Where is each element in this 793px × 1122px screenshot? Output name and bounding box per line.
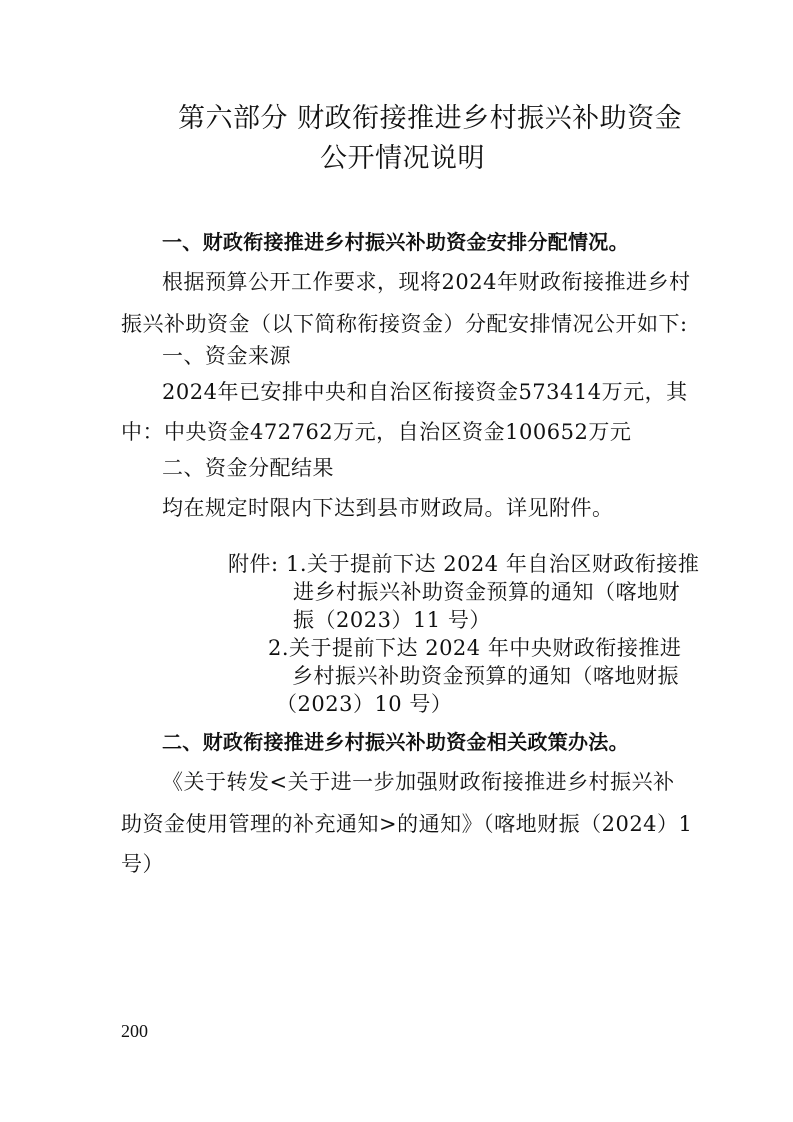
policy-text-2: 助资金使用管理的补充通知>的通知》（喀地财振（2024）1 (121, 810, 673, 838)
attachments-label: 附件: (228, 550, 279, 578)
allocation-result-heading: 二、资金分配结果 (162, 454, 334, 482)
policy-line-1: 《关于转发<关于进一步加强财政衔接推进乡村振兴补 (162, 768, 673, 796)
page-title-line-2: 公开情况说明 (320, 141, 485, 177)
intro-paragraph-text-1: 根据预算公开工作要求，现将2024年财政衔接推进乡村 (162, 268, 673, 296)
attachment-2-text-1: 2.关于提前下达 2024 年中央财政衔接推进 (268, 634, 661, 662)
attachment-2-line-3: （2023）10 号） (276, 690, 452, 718)
attachment-1-line-2: 进乡村振兴补助资金预算的通知（喀地财 (293, 578, 673, 606)
allocation-result-text: 均在规定时限内下达到县市财政局。详见附件。 (162, 494, 614, 522)
section-1-heading: 一、财政衔接推进乡村振兴补助资金安排分配情况。 (162, 228, 629, 256)
funding-source-line-1: 2024年已安排中央和自治区衔接资金573414万元，其 (162, 378, 673, 406)
funding-source-line-2: 中：中央资金472762万元，自治区资金100652万元 (121, 418, 631, 446)
attachment-1-text-2: 进乡村振兴补助资金预算的通知（喀地财 (293, 578, 673, 606)
intro-paragraph-line-2: 振兴补助资金（以下简称衔接资金）分配安排情况公开如下: (121, 310, 673, 338)
attachment-1-line-1: 1.关于提前下达 2024 年自治区财政衔接推 (286, 550, 673, 578)
attachment-2-line-2: 乡村振兴补助资金预算的通知（喀地财振 (292, 662, 673, 690)
attachment-1-line-3: 振（2023）11 号） (293, 606, 491, 634)
page-title-line-1: 第六部分 财政衔接推进乡村振兴补助资金 (178, 101, 682, 137)
page-number: 200 (121, 1020, 148, 1042)
section-2-heading: 二、财政衔接推进乡村振兴补助资金相关政策办法。 (162, 728, 629, 756)
attachment-1-text-1: 1.关于提前下达 2024 年自治区财政衔接推 (286, 550, 673, 578)
policy-line-3: 号） (121, 850, 164, 878)
funding-source-heading: 一、资金来源 (162, 342, 291, 370)
intro-paragraph-line-1: 根据预算公开工作要求，现将2024年财政衔接推进乡村 (162, 268, 673, 296)
attachment-2-line-1: 2.关于提前下达 2024 年中央财政衔接推进 (268, 634, 661, 662)
funding-source-text-1: 2024年已安排中央和自治区衔接资金573414万元，其 (162, 378, 673, 406)
attachment-2-text-2: 乡村振兴补助资金预算的通知（喀地财振 (292, 662, 673, 690)
policy-text-1: 《关于转发<关于进一步加强财政衔接推进乡村振兴补 (162, 768, 673, 796)
policy-line-2: 助资金使用管理的补充通知>的通知》（喀地财振（2024）1 (121, 810, 673, 838)
intro-paragraph-text-2: 振兴补助资金（以下简称衔接资金）分配安排情况公开如下: (121, 310, 673, 338)
